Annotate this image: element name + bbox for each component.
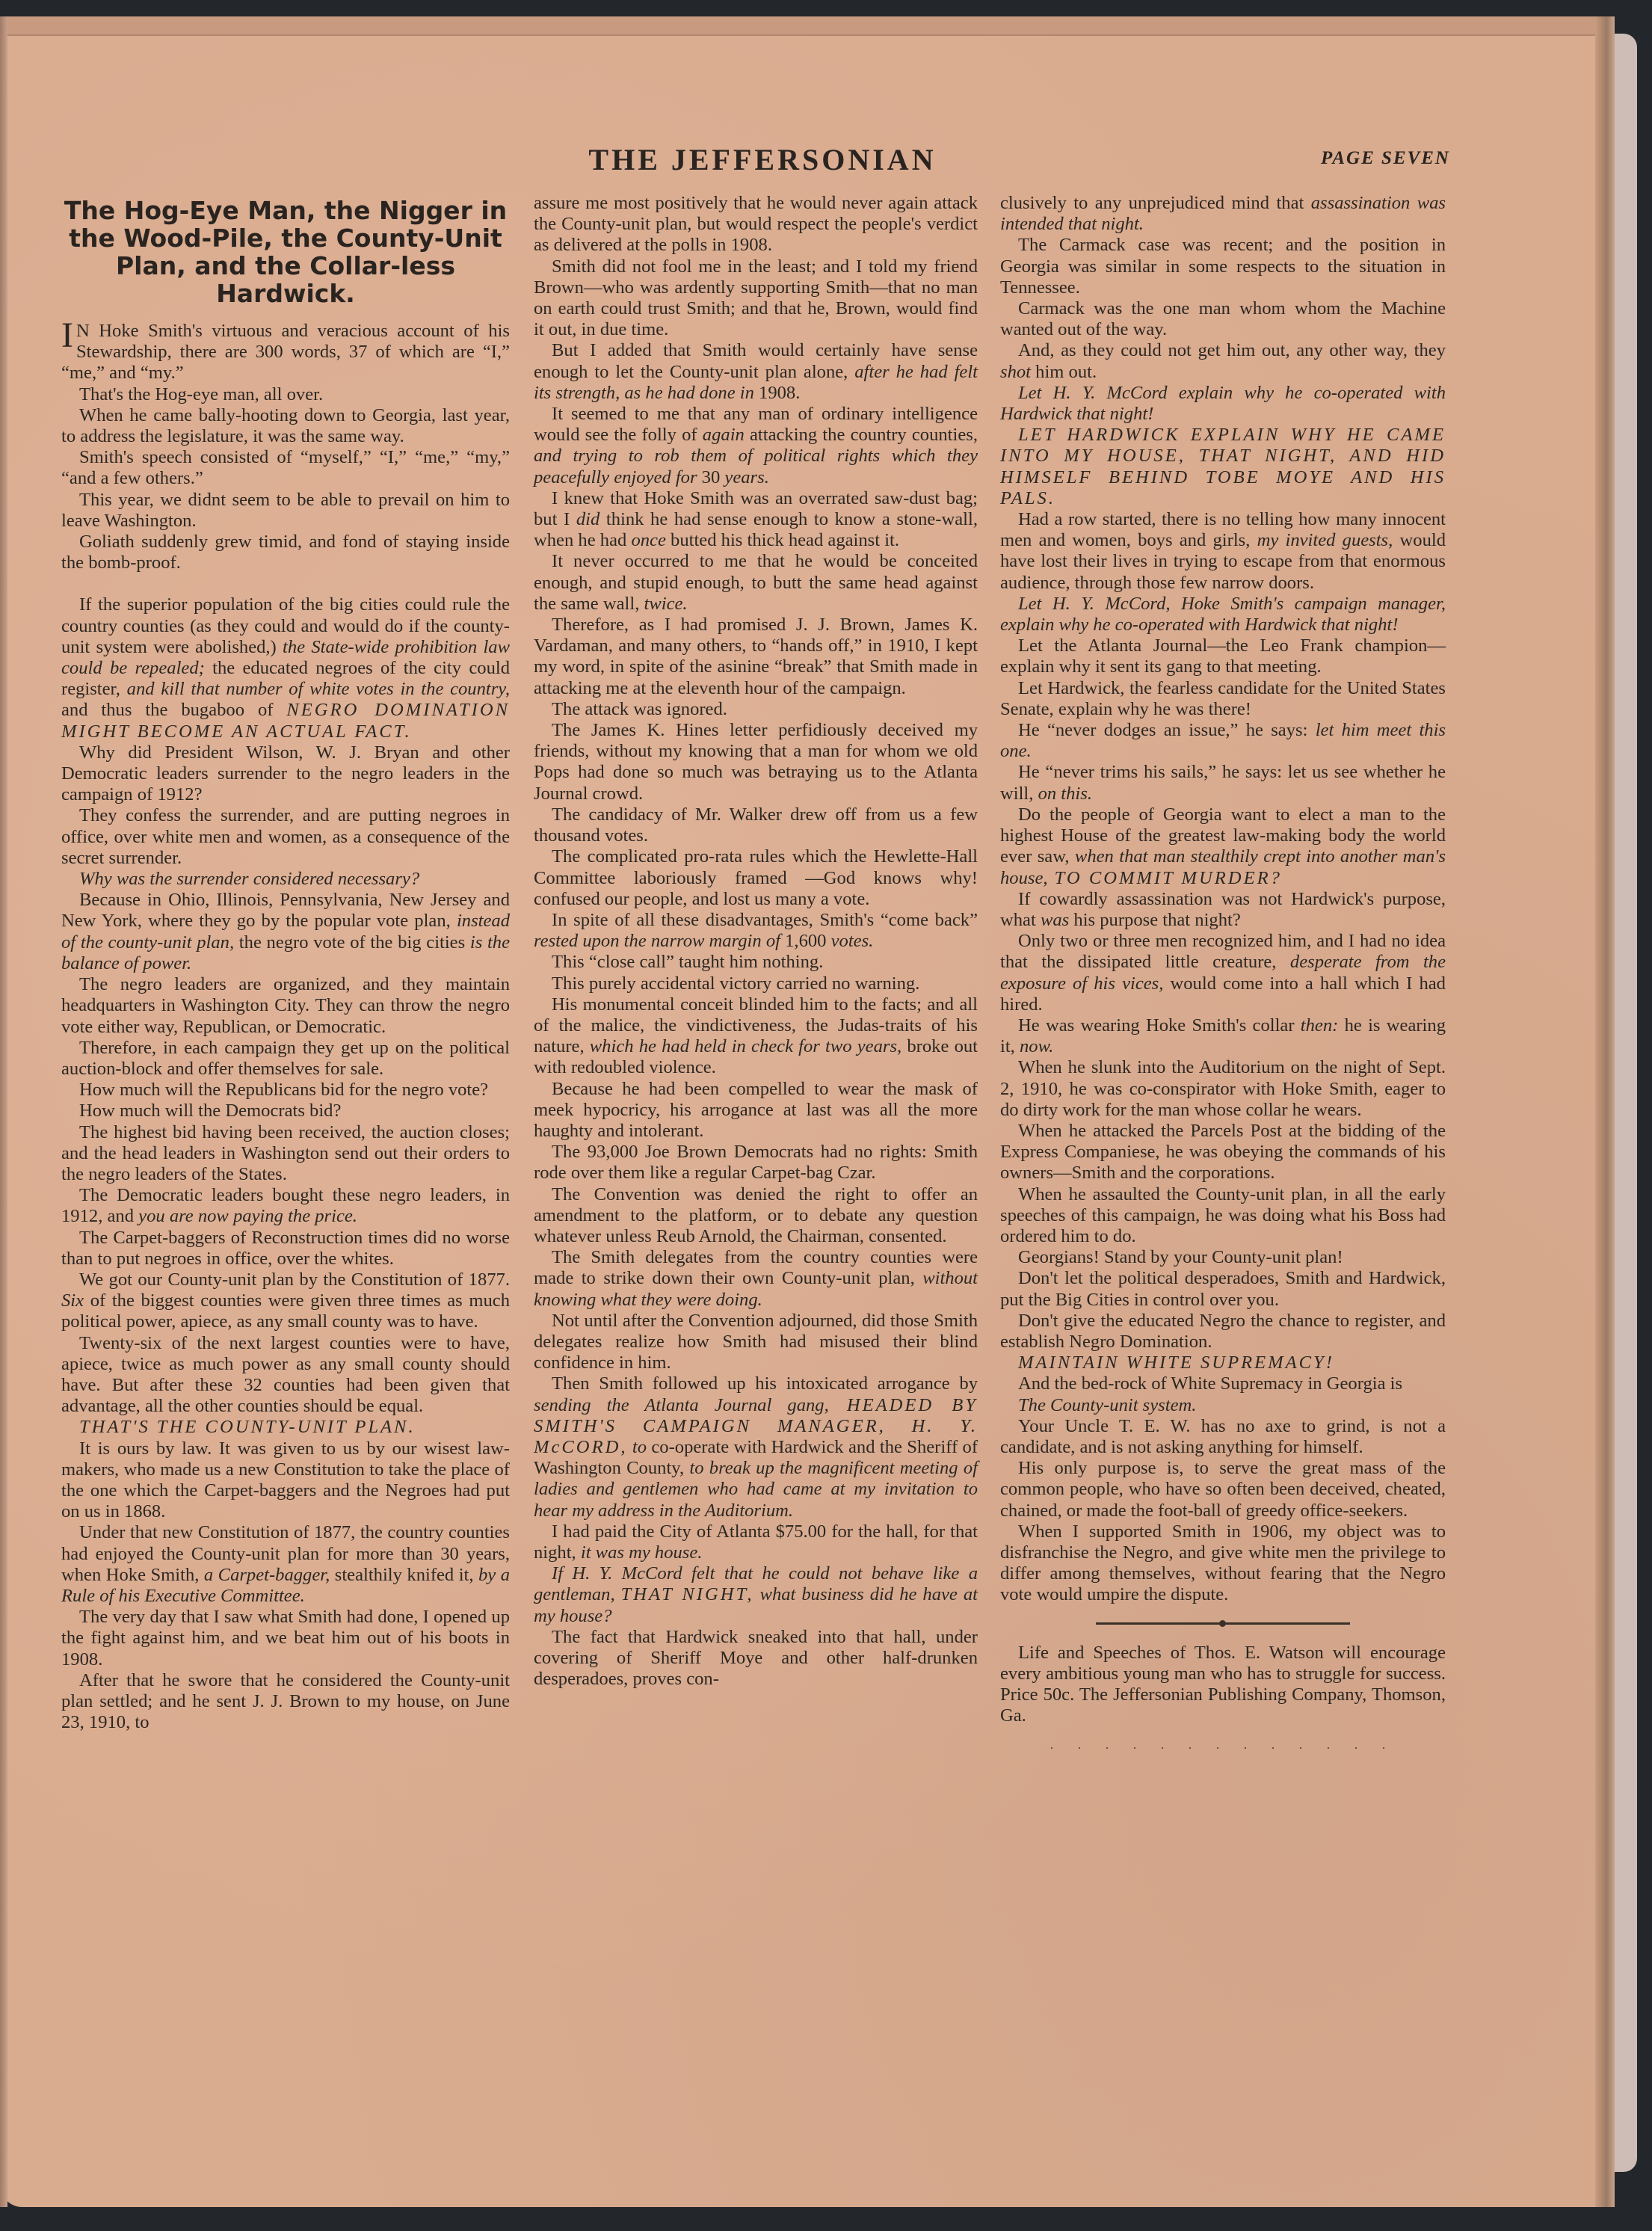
paragraph: He “never trims his sails,” he says: let… — [1000, 762, 1446, 804]
paragraph: Therefore, as I had promised J. J. Brown… — [534, 615, 978, 699]
paragraph: How much will the Republicans bid for th… — [61, 1080, 510, 1101]
article-column-2: assure me most positively that he would … — [534, 193, 978, 1690]
paragraph: When he attacked the Parcels Post at the… — [1000, 1121, 1446, 1184]
paragraph: Not until after the Convention adjourned… — [534, 1311, 978, 1374]
paragraph: If H. Y. McCord felt that he could not b… — [534, 1563, 978, 1627]
paragraph: Do the people of Georgia want to elect a… — [1000, 804, 1446, 889]
advertisement-text: Life and Speeches of Thos. E. Watson wil… — [1000, 1643, 1446, 1727]
paragraph: MAINTAIN WHITE SUPREMACY! — [1000, 1353, 1446, 1373]
paragraph: We got our County-unit plan by the Const… — [61, 1270, 510, 1333]
paragraph: When I supported Smith in 1906, my objec… — [1000, 1521, 1446, 1606]
page-number-label: PAGE SEVEN — [1271, 148, 1450, 169]
paragraph: He was wearing Hoke Smith's collar then:… — [1000, 1015, 1446, 1057]
dotted-rule: . . . . . . . . . . . . . — [1000, 1734, 1446, 1755]
paragraph: It is ours by law. It was given to us by… — [61, 1438, 510, 1523]
paragraph: The James K. Hines letter perfidiously d… — [534, 720, 978, 804]
paragraph: The Carmack case was recent; and the pos… — [1000, 235, 1446, 298]
page-right-binding — [1595, 16, 1615, 2207]
paragraph: This year, we didnt seem to be able to p… — [61, 490, 510, 532]
paragraph: Carmack was the one man whom whom the Ma… — [1000, 298, 1446, 340]
paragraph: Therefore, in each campaign they get up … — [61, 1038, 510, 1080]
paragraph: assure me most positively that he would … — [534, 193, 978, 256]
paragraph: IN Hoke Smith's virtuous and veracious a… — [61, 321, 510, 384]
paragraph: Your Uncle T. E. W. has no axe to grind,… — [1000, 1416, 1446, 1458]
paragraph: When he slunk into the Auditorium on the… — [1000, 1057, 1446, 1121]
paragraph: Let the Atlanta Journal—the Leo Frank ch… — [1000, 636, 1446, 677]
paragraph: Twenty-six of the next largest counties … — [61, 1333, 510, 1418]
paragraph: I had paid the City of Atlanta $75.00 fo… — [534, 1521, 978, 1563]
page-top-edge — [0, 16, 1615, 36]
paragraph: And the bed-rock of White Supremacy in G… — [1000, 1373, 1446, 1394]
paragraph: Why did President Wilson, W. J. Bryan an… — [61, 742, 510, 806]
article-column-3: clusively to any unprejudiced mind that … — [1000, 193, 1446, 1755]
paragraph: Then Smith followed up his intoxicated a… — [534, 1373, 978, 1521]
paragraph: If cowardly assassination was not Hardwi… — [1000, 889, 1446, 931]
paragraph: But I added that Smith would certainly h… — [534, 340, 978, 404]
paragraph: If the superior population of the big ci… — [61, 594, 510, 742]
paragraph: Because in Ohio, Illinois, Pennsylvania,… — [61, 890, 510, 974]
paragraph: The candidacy of Mr. Walker drew off fro… — [534, 804, 978, 846]
paragraph: Because he had been compelled to wear th… — [534, 1079, 978, 1142]
publication-title: THE JEFFERSONIAN — [523, 142, 1002, 177]
paragraph: When he came bally-hooting down to Georg… — [61, 405, 510, 447]
paragraph: The Convention was denied the right to o… — [534, 1184, 978, 1248]
paragraph: This purely accidental victory carried n… — [534, 973, 978, 994]
section-divider — [1096, 1622, 1350, 1625]
paragraph: Why was the surrender considered necessa… — [61, 869, 510, 890]
paragraph: Don't let the political desperadoes, Smi… — [1000, 1268, 1446, 1310]
paragraph: I knew that Hoke Smith was an overrated … — [534, 488, 978, 552]
paragraph: Smith did not fool me in the least; and … — [534, 256, 978, 341]
paragraph: It seemed to me that any man of ordinary… — [534, 404, 978, 488]
paragraph: They confess the surrender, and are putt… — [61, 805, 510, 869]
paragraph: THAT'S THE COUNTY-UNIT PLAN. — [61, 1417, 510, 1438]
paragraph: Georgians! Stand by your County-unit pla… — [1000, 1247, 1446, 1268]
paragraph: The fact that Hardwick sneaked into that… — [534, 1627, 978, 1690]
paragraph: The very day that I saw what Smith had d… — [61, 1607, 510, 1670]
paragraph: It never occurred to me that he would be… — [534, 551, 978, 615]
paragraph: Let H. Y. McCord, Hoke Smith's campaign … — [1000, 594, 1446, 636]
paragraph: The Democratic leaders bought these negr… — [61, 1185, 510, 1227]
paragraph: When he assaulted the County-unit plan, … — [1000, 1184, 1446, 1248]
paragraph: The complicated pro-rata rules which the… — [534, 846, 978, 910]
paragraph: After that he swore that he considered t… — [61, 1670, 510, 1734]
paragraph: The negro leaders are organized, and the… — [61, 974, 510, 1038]
article-column-1: The Hog-Eye Man, the Nigger in the Wood-… — [61, 197, 510, 1733]
paragraph: The Carpet-baggers of Reconstruction tim… — [61, 1228, 510, 1270]
paragraph: Let Hardwick, the fearless candidate for… — [1000, 678, 1446, 720]
paragraph: He “never dodges an issue,” he says: let… — [1000, 720, 1446, 762]
paragraph: This “close call” taught him nothing. — [534, 952, 978, 973]
paragraph: The County-unit system. — [1000, 1395, 1446, 1416]
paragraph: Under that new Constitution of 1877, the… — [61, 1522, 510, 1607]
paragraph: In spite of all these disadvantages, Smi… — [534, 910, 978, 952]
paragraph: Don't give the educated Negro the chance… — [1000, 1311, 1446, 1353]
paragraph: The highest bid having been received, th… — [61, 1122, 510, 1186]
paragraph: How much will the Democrats bid? — [61, 1101, 510, 1121]
paragraph: Goliath suddenly grew timid, and fond of… — [61, 532, 510, 573]
paragraph: His only purpose is, to serve the great … — [1000, 1458, 1446, 1521]
paragraph: LET HARDWICK EXPLAIN WHY HE CAME INTO MY… — [1000, 425, 1446, 509]
paragraph: The Smith delegates from the country cou… — [534, 1247, 978, 1311]
paragraph: The attack was ignored. — [534, 699, 978, 720]
paragraph: That's the Hog-eye man, all over. — [61, 384, 510, 405]
paragraph: Smith's speech consisted of “myself,” “I… — [61, 447, 510, 489]
paragraph: Let H. Y. McCord explain why he co-opera… — [1000, 383, 1446, 425]
paragraph: His monumental conceit blinded him to th… — [534, 994, 978, 1079]
paragraph: clusively to any unprejudiced mind that … — [1000, 193, 1446, 235]
drop-cap: I — [61, 325, 73, 346]
paragraph: The 93,000 Joe Brown Democrats had no ri… — [534, 1142, 978, 1184]
paragraph: Had a row started, there is no telling h… — [1000, 509, 1446, 594]
article-headline: The Hog-Eye Man, the Nigger in the Wood-… — [61, 197, 510, 307]
paragraph: Only two or three men recognized him, an… — [1000, 931, 1446, 1015]
page-left-edge — [0, 16, 7, 2207]
paragraph: And, as they could not get him out, any … — [1000, 340, 1446, 382]
